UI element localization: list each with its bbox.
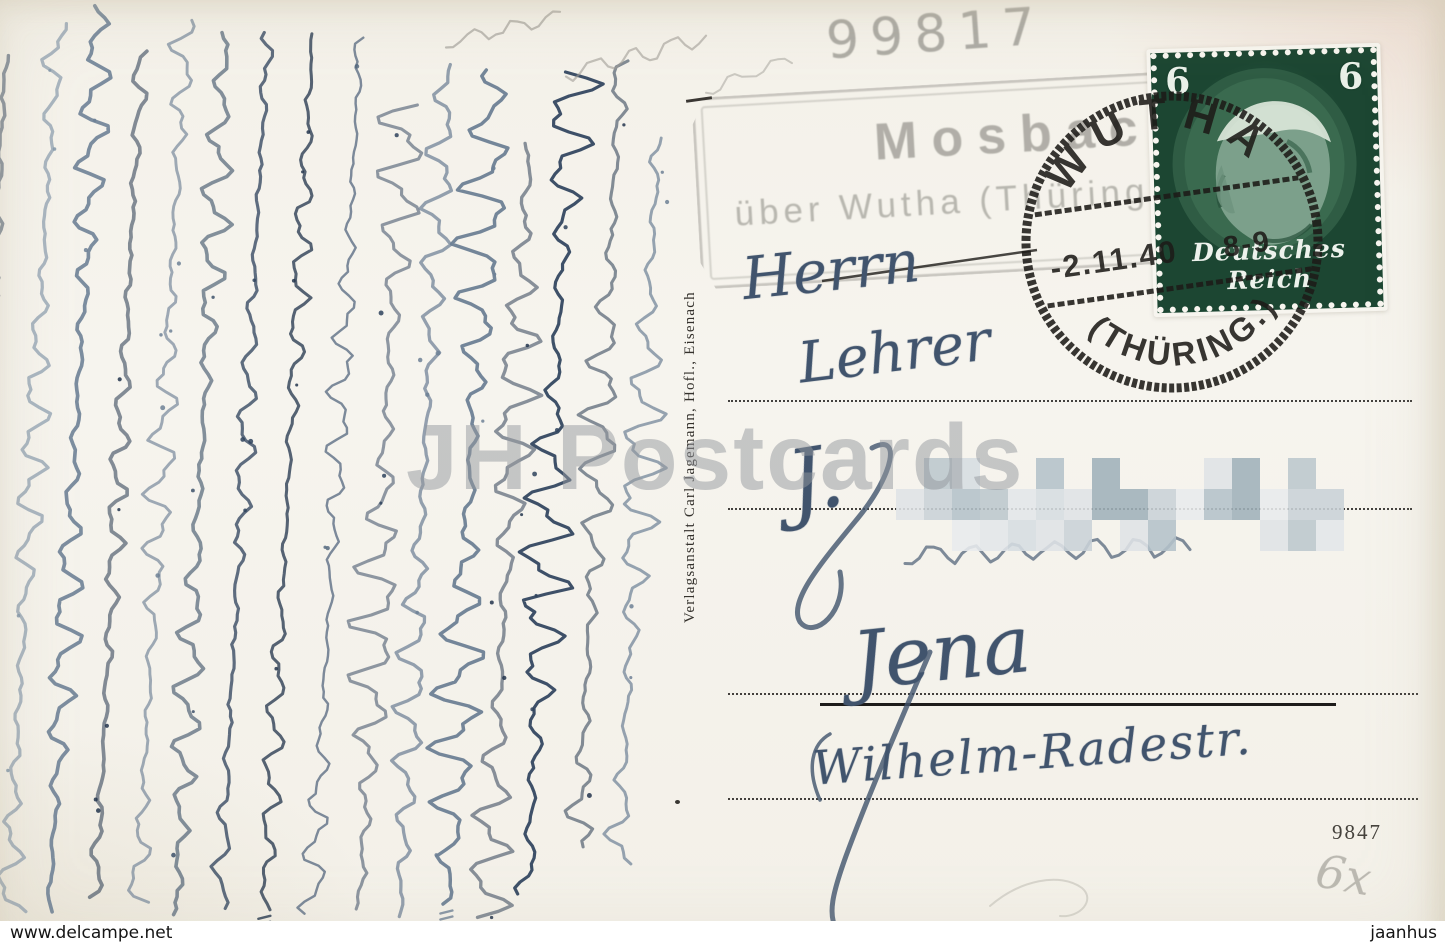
mosaic-cell (1316, 489, 1344, 520)
mosaic-cell (1148, 489, 1176, 520)
mosaic-cell (1008, 520, 1036, 551)
mosaic-cell (1176, 489, 1204, 520)
mosaic-cell (1232, 458, 1260, 489)
watermark-text: JH Postcards (406, 404, 1024, 511)
mosaic-cell (1064, 520, 1092, 551)
mosaic-cell (1120, 520, 1148, 551)
mosaic-cell (1288, 489, 1316, 520)
mosaic-cell (1092, 489, 1120, 520)
mosaic-cell (1036, 520, 1064, 551)
mosaic-cell (1120, 489, 1148, 520)
footer-right-watermark: jaanhus (1370, 923, 1437, 943)
mosaic-cell (952, 520, 980, 551)
mosaic-cell (1064, 489, 1092, 520)
mosaic-cell (1260, 520, 1288, 551)
mosaic-cell (1288, 520, 1316, 551)
footer-left-watermark: www.delcampe.net (10, 923, 172, 943)
footer-strip: www.delcampe.net jaanhus (0, 921, 1445, 946)
mosaic-cell (1204, 489, 1232, 520)
mosaic-cell (980, 520, 1008, 551)
mosaic-cell (1036, 489, 1064, 520)
mosaic-cell (1316, 520, 1344, 551)
mosaic-cell (1092, 458, 1120, 489)
mosaic-cell (1148, 520, 1176, 551)
mosaic-cell (1232, 489, 1260, 520)
mosaic-cell (1288, 458, 1316, 489)
mosaic-cell (1204, 458, 1232, 489)
postcard-scan: 99817 Verlagsanstalt Carl Jagemann, Hofl… (0, 0, 1445, 946)
mosaic-cell (1036, 458, 1064, 489)
mosaic-cell (1260, 489, 1288, 520)
